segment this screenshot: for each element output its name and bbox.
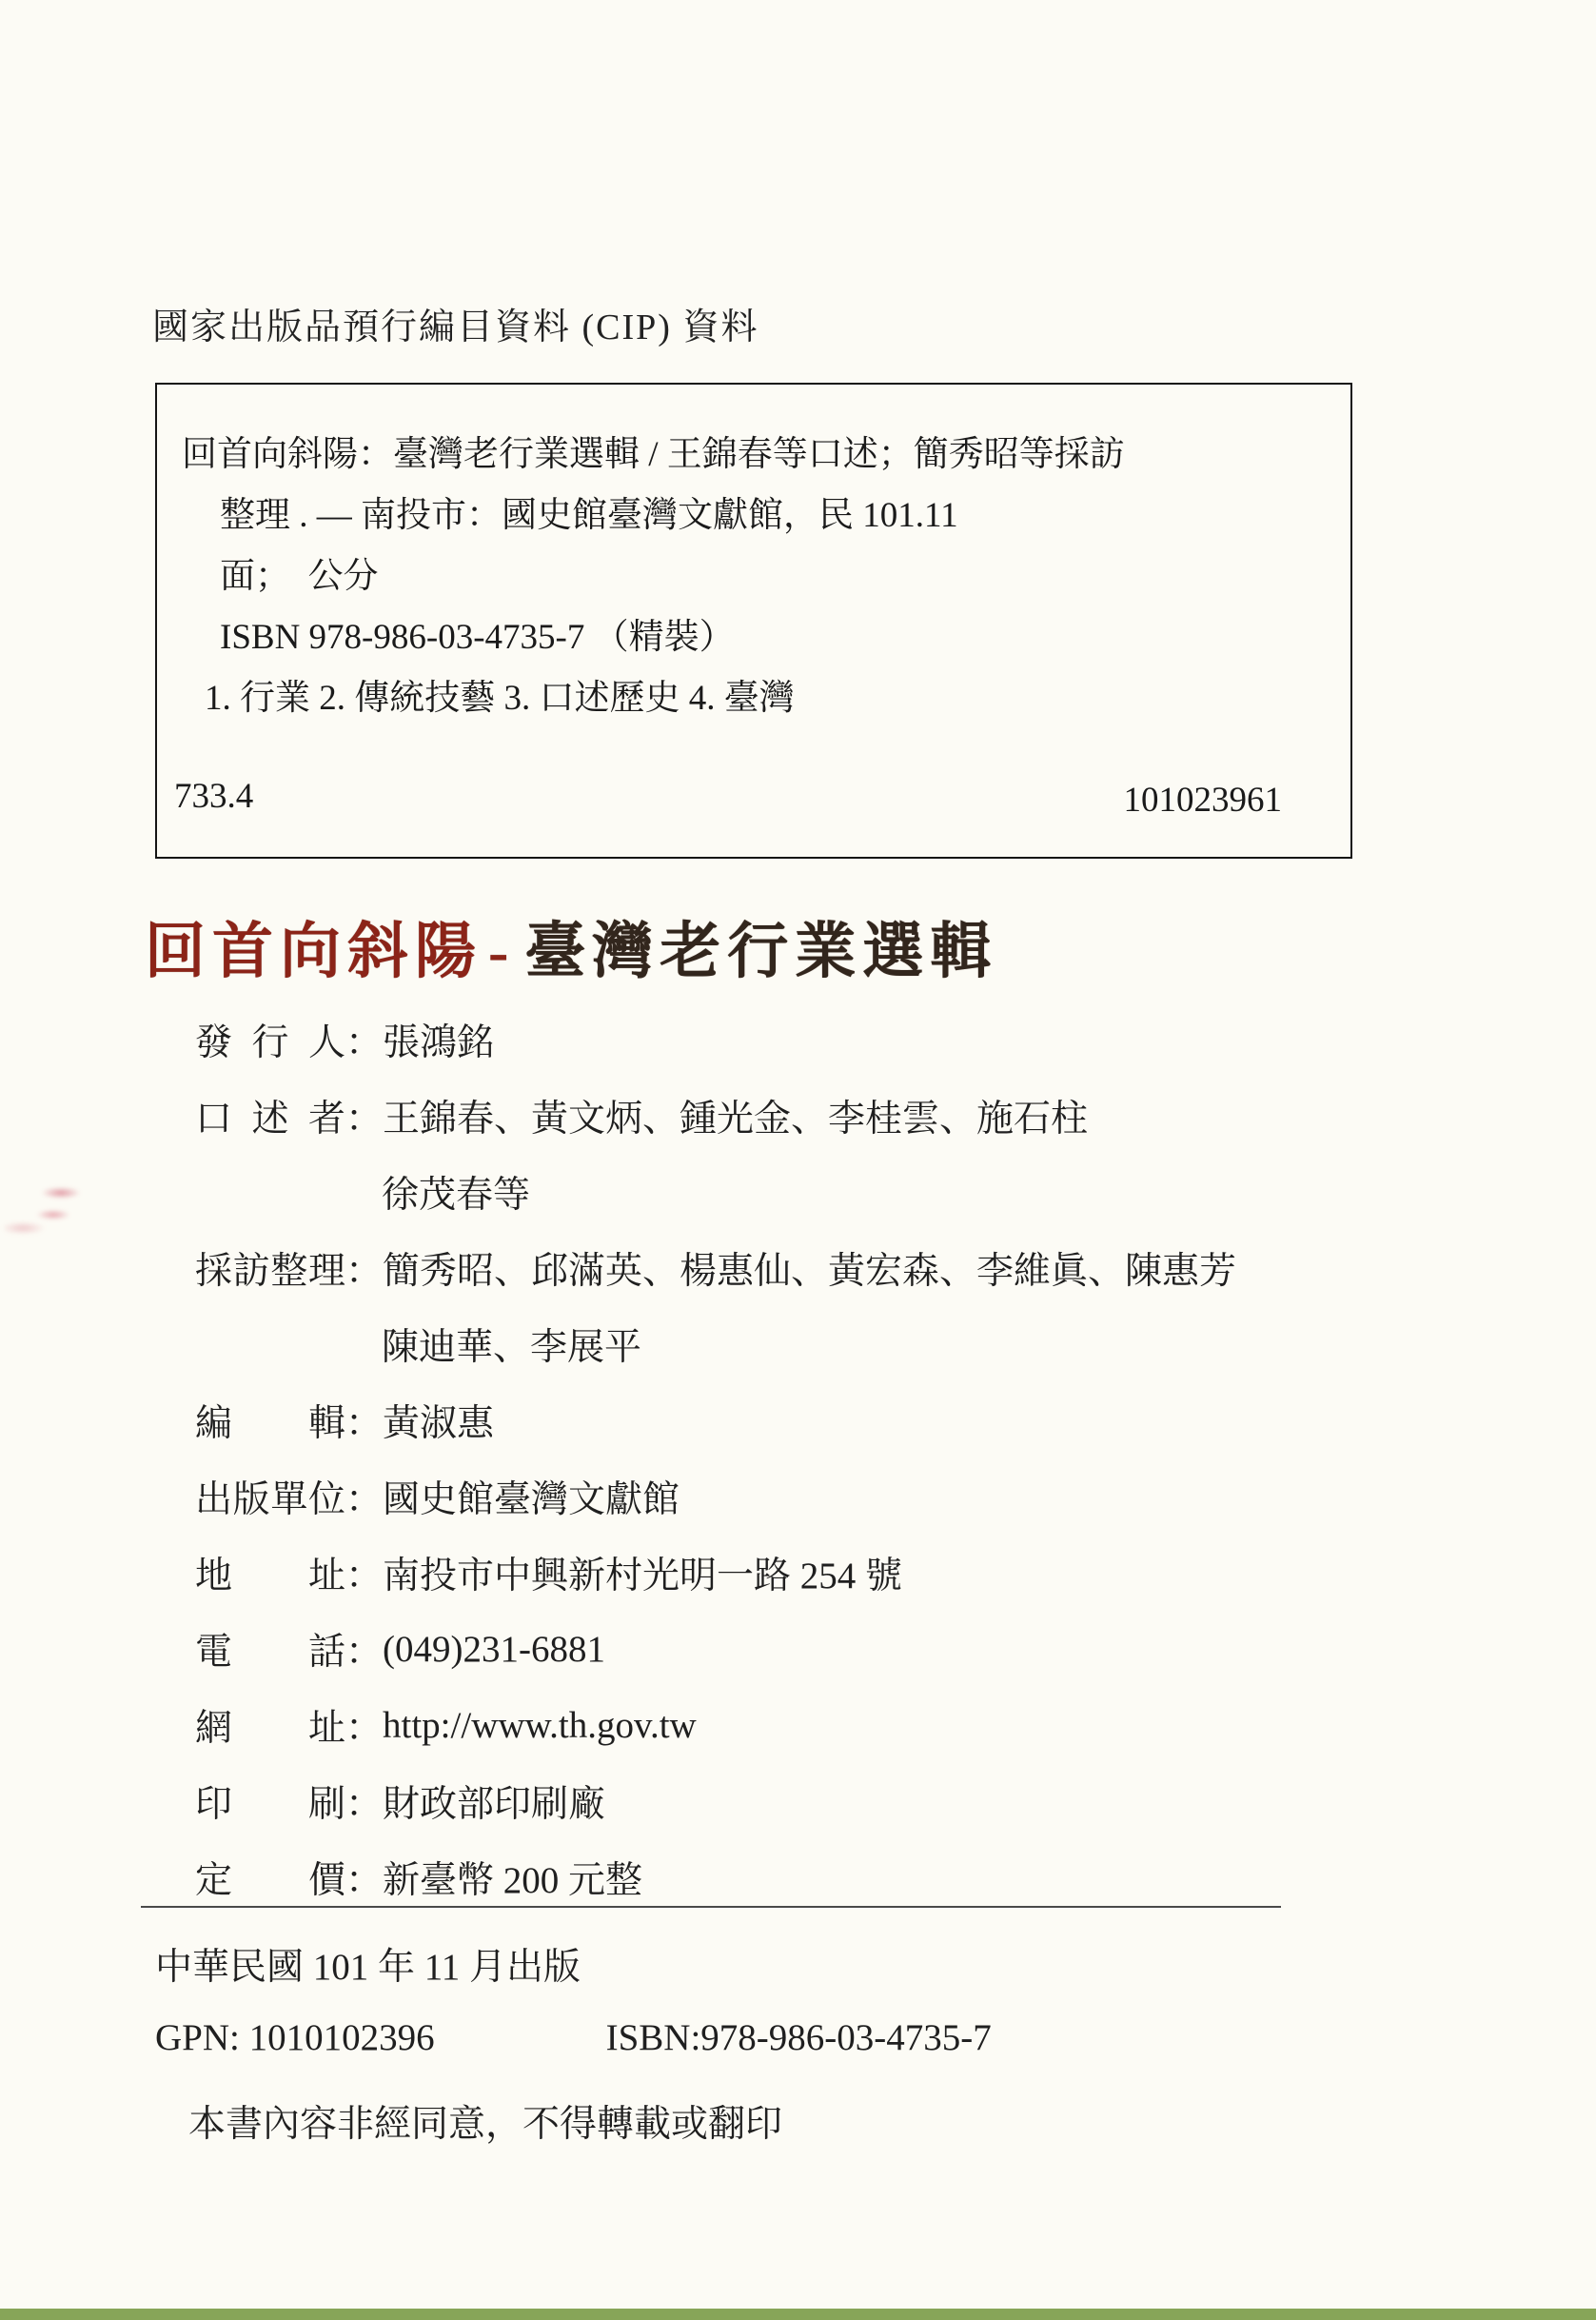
row-phone: 電話：(049)231-6881 [195,1611,1432,1687]
copyright-notice: 本書內容非經同意，不得轉載或翻印 [188,2094,782,2148]
isbn-number: ISBN:978-986-03-4735-7 [606,2016,992,2059]
colon: ： [345,1394,383,1447]
row-printer-value: 財政部印刷廠 [383,1775,605,1828]
colon: ： [345,1470,383,1523]
book-title-subtitle: 臺灣老行業選輯 [524,918,997,985]
row-narrators-cont: 徐茂春等 [195,1154,1432,1230]
cip-imprint: 整理 . — 南投市：國史館臺灣文獻館，民 101.11 [220,486,1350,546]
row-address-label: 地址 [195,1546,345,1599]
row-publisher: 發行人：張鴻銘 [195,1001,1432,1078]
row-narrators-value2: 徐茂春等 [382,1165,530,1219]
row-phone-value: (049)231-6881 [383,1628,605,1671]
row-interviewers-cont: 陳迪華、李展平 [195,1306,1432,1382]
scan-edge-strip [0,2309,1596,2320]
cip-class-number: 733.4 [174,776,253,817]
row-printer: 印刷：財政部印刷廠 [195,1763,1432,1839]
publish-date: 中華民國 101 年 11 月出版 [155,1937,581,1991]
row-narrators: 口述者：王錦春、黃文炳、鍾光金、李桂雲、施石柱 [195,1078,1432,1154]
gpn-isbn-line: GPN: 1010102396 ISBN:978-986-03-4735-7 [155,2016,992,2059]
colon: ： [345,1241,383,1295]
colon: ： [345,1546,383,1599]
row-printer-label: 印刷 [195,1775,345,1828]
row-price: 定價：新臺幣 200 元整 [195,1839,1432,1915]
book-title: 回首向斜陽-臺灣老行業選輯 [145,902,997,990]
colon: ： [345,1698,383,1752]
colon: ： [345,1089,383,1142]
row-interviewers: 採訪整理：簡秀昭、邱滿英、楊惠仙、黃宏森、李維眞、陳惠芳 [195,1230,1432,1306]
row-website: 網址：http://www.th.gov.tw [195,1687,1432,1763]
book-title-main: 回首向斜陽 [145,918,483,985]
row-interviewers-label: 採訪整理 [195,1241,345,1295]
row-website-label: 網址 [195,1698,345,1752]
cip-record-box: 回首向斜陽：臺灣老行業選輯 / 王錦春等口述；簡秀昭等採訪 整理 . — 南投市… [155,383,1352,859]
footer-divider [141,1906,1281,1908]
row-editor: 編輯：黃淑惠 [195,1382,1432,1458]
row-website-value: http://www.th.gov.tw [383,1704,697,1747]
row-publishing-unit-value: 國史館臺灣文獻館 [383,1470,680,1523]
cip-title-statement: 回首向斜陽：臺灣老行業選輯 / 王錦春等口述；簡秀昭等採訪 [182,425,1350,486]
row-publishing-unit-label: 出版單位 [195,1470,345,1523]
gpn-number: GPN: 1010102396 [155,2016,435,2059]
row-publisher-label: 發行人 [195,1013,345,1066]
colophon-list: 發行人：張鴻銘 口述者：王錦春、黃文炳、鍾光金、李桂雲、施石柱 徐茂春等 採訪整… [195,1001,1432,1915]
row-editor-label: 編輯 [195,1394,345,1447]
row-price-label: 定價 [195,1851,345,1904]
row-address-value: 南投市中興新村光明一路 254 號 [383,1546,902,1599]
row-address: 地址：南投市中興新村光明一路 254 號 [195,1535,1432,1611]
colon: ： [345,1775,383,1828]
row-editor-value: 黃淑惠 [383,1394,494,1447]
row-publisher-value: 張鴻銘 [383,1013,494,1066]
row-price-value: 新臺幣 200 元整 [383,1851,642,1904]
cip-isbn: ISBN 978-986-03-4735-7 （精裝） [220,607,1350,668]
row-narrators-value: 王錦春、黃文炳、鍾光金、李桂雲、施石柱 [383,1089,1088,1142]
row-phone-label: 電話 [195,1622,345,1676]
row-interviewers-value2: 陳迪華、李展平 [382,1318,641,1371]
cip-record-number: 101023961 [1124,780,1283,821]
row-narrators-label: 口述者 [195,1089,345,1142]
row-interviewers-value: 簡秀昭、邱滿英、楊惠仙、黃宏森、李維眞、陳惠芳 [383,1241,1236,1295]
colon: ： [345,1851,383,1904]
scan-ink-smudge [4,1169,108,1245]
colophon-page: 國家出版品預行編目資料 (CIP) 資料 回首向斜陽：臺灣老行業選輯 / 王錦春… [0,0,1596,2320]
colon: ： [345,1013,383,1066]
row-publishing-unit: 出版單位：國史館臺灣文獻館 [195,1458,1432,1535]
cip-header: 國家出版品預行編目資料 (CIP) 資料 [152,297,759,349]
cip-collation: 面； 公分 [220,546,1350,607]
book-title-dash: - [488,918,515,985]
cip-subjects: 1. 行業 2. 傳統技藝 3. 口述歷史 4. 臺灣 [205,668,1350,729]
colon: ： [345,1622,383,1676]
